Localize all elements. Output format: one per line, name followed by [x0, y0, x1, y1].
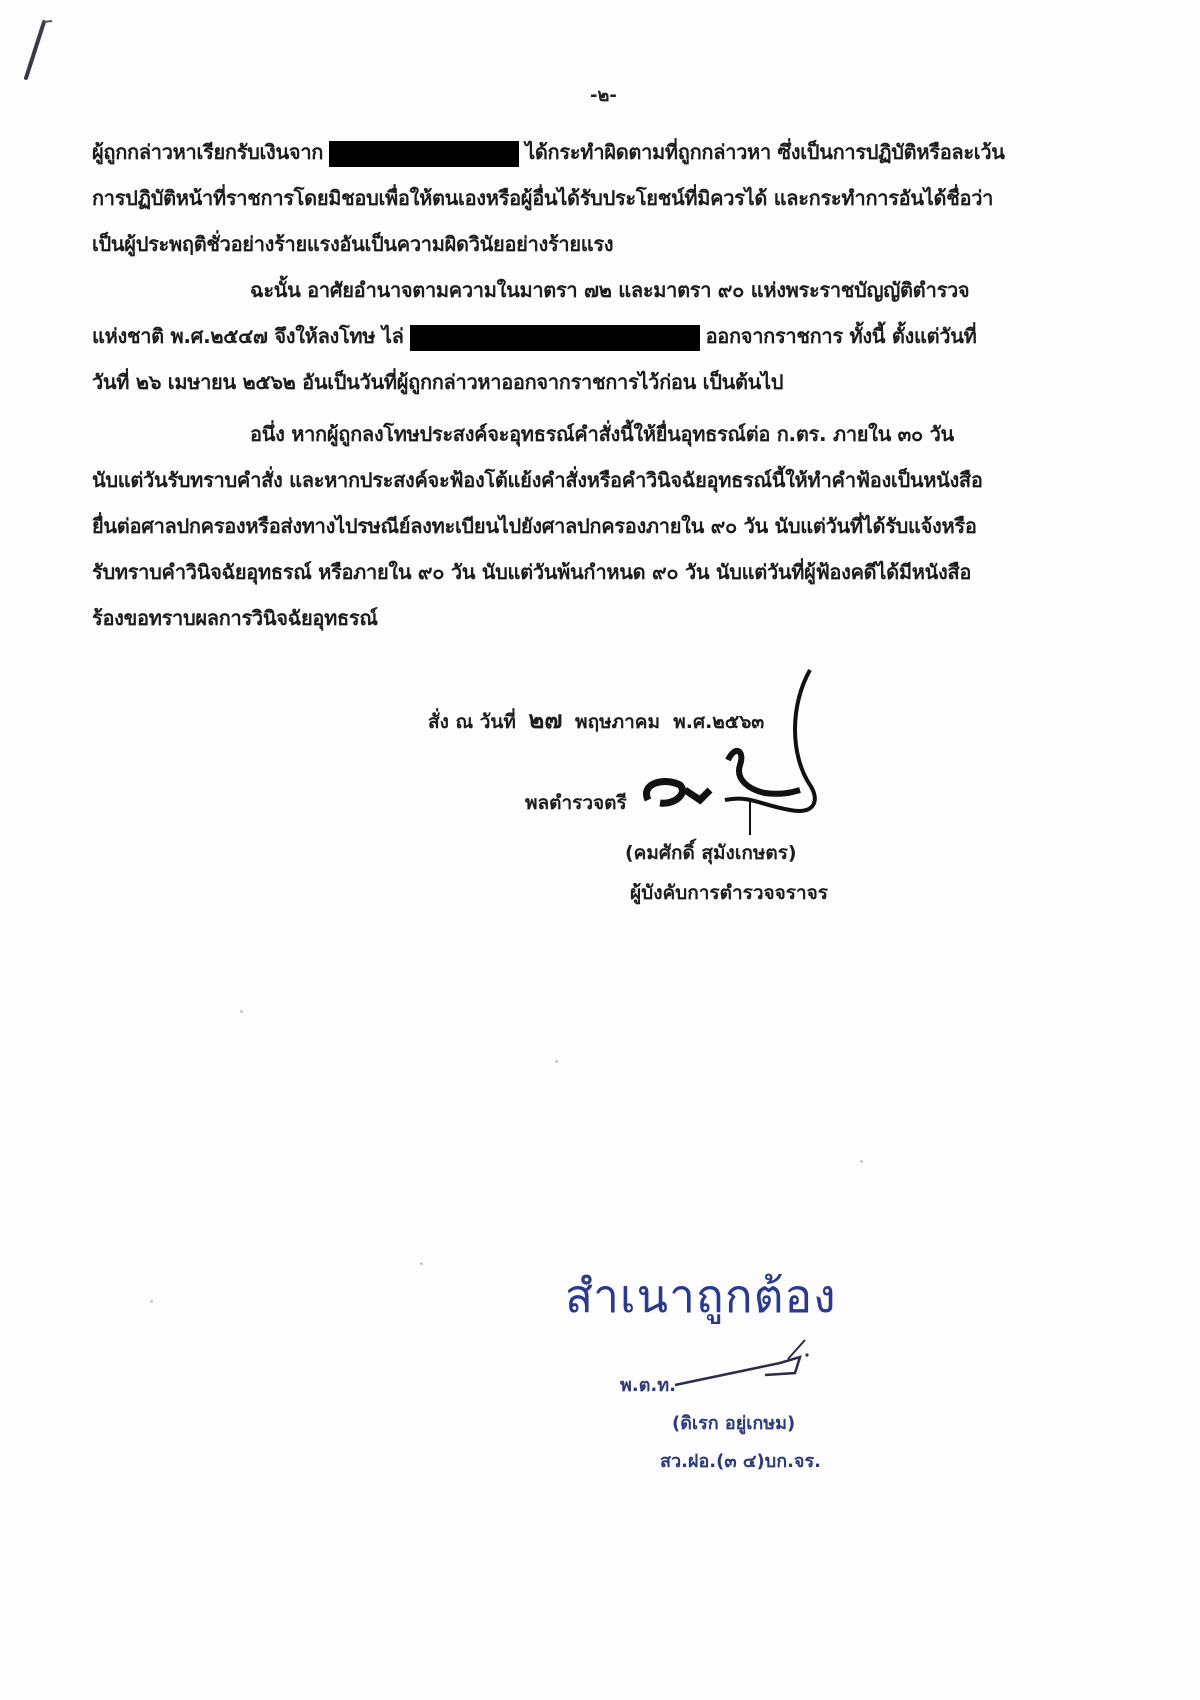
redaction-box: [329, 141, 519, 167]
date-prefix: สั่ง ณ วันที่: [428, 711, 516, 733]
signatory-rank: พลตำรวจตรี: [525, 788, 627, 818]
scan-speck: [240, 1010, 243, 1013]
body-line-11: ร้องขอทราบผลการวินิจฉัยอุทธรณ์: [92, 602, 1092, 636]
body-line-10: รับทราบคำวินิจฉัยอุทธรณ์ หรือภายใน ๙๐ วั…: [92, 556, 1092, 590]
line-text: แห่งชาติ พ.ศ.๒๕๔๗ จึงให้ลงโทษ ไล่: [92, 324, 404, 348]
certifier-name: (ดิเรก อยู่เกษม): [672, 1408, 795, 1437]
certifier-signature: [670, 1335, 820, 1395]
line-text: ออกจากราชการ ทั้งนี้ ตั้งแต่วันที่: [706, 324, 977, 348]
page-number: -๒-: [590, 80, 617, 109]
line-text: ผู้ถูกกล่าวหาเรียกรับเงินจาก: [92, 140, 323, 164]
body-line-8: นับแต่วันรับทราบคำสั่ง และหากประสงค์จะฟ้…: [92, 464, 1092, 498]
line-text: ได้กระทำผิดตามที่ถูกกล่าวหา ซึ่งเป็นการป…: [525, 140, 1005, 164]
certified-copy-stamp: สำเนาถูกต้อง: [565, 1260, 837, 1333]
body-line-7: อนึ่ง หากผู้ถูกลงโทษประสงค์จะอุทธรณ์คำสั…: [250, 418, 1092, 452]
body-line-1: ผู้ถูกกล่าวหาเรียกรับเงินจากได้กระทำผิดต…: [92, 136, 1092, 170]
date-day: ๒๗: [529, 706, 563, 734]
signatory-position: ผู้บังคับการตำรวจจราจร: [630, 878, 828, 908]
scan-speck: [860, 1160, 863, 1163]
redaction-box: [410, 325, 700, 351]
body-line-5: แห่งชาติ พ.ศ.๒๕๔๗ จึงให้ลงโทษ ไล่ออกจากร…: [92, 320, 1092, 354]
certifier-position: สว.ฝอ.(๓ ๔)บก.จร.: [660, 1446, 821, 1475]
document-page: -๒- ผู้ถูกกล่าวหาเรียกรับเงินจากได้กระทำ…: [0, 0, 1200, 1700]
handwritten-signature: [640, 665, 840, 835]
body-line-3: เป็นผู้ประพฤติชั่วอย่างร้ายแรงอันเป็นควา…: [92, 228, 1092, 262]
signatory-name: (คมศักดิ์ สุมังเกษตร): [625, 838, 797, 868]
scan-speck: [150, 1300, 153, 1303]
body-line-2: การปฏิบัติหน้าที่ราชการโดยมิชอบเพื่อให้ต…: [92, 182, 1092, 216]
scan-speck: [420, 1262, 423, 1265]
certifier-rank: พ.ต.ท.: [620, 1370, 676, 1399]
body-line-4: ฉะนั้น อาศัยอำนาจตามความในมาตรา ๗๒ และมา…: [250, 274, 1092, 308]
body-line-6: วันที่ ๒๖ เมษายน ๒๕๖๒ อันเป็นวันที่ผู้ถู…: [92, 366, 1092, 400]
pen-stroke-mark: [14, 16, 54, 86]
scan-speck: [555, 1060, 558, 1063]
body-line-9: ยื่นต่อศาลปกครองหรือส่งทางไปรษณีย์ลงทะเบ…: [92, 510, 1092, 544]
